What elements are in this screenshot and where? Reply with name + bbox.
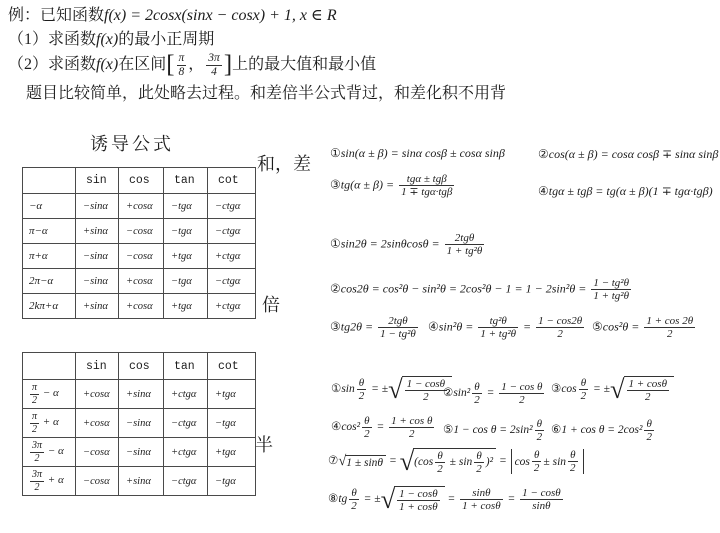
math-text: π [179, 52, 185, 64]
formula-half-4: ④cos²θ2 = 1 + cos θ2 [331, 415, 436, 440]
math-text: cos²θ = [603, 319, 643, 333]
math-text: = [386, 455, 400, 467]
math-text: ⑥ [551, 424, 561, 436]
radicand: 1 + cosθ2 [624, 376, 675, 403]
math-text: ④ [538, 184, 549, 198]
row-label: 2kπ+α [23, 294, 76, 319]
table-cell: +cosα [76, 380, 119, 409]
radical-sign: √ [610, 378, 625, 402]
math-text: +ctgα [171, 447, 196, 458]
problem-line-3: （2）求函数f(x)在区间[π8，3π4]上的最大值和最小值 [8, 52, 506, 78]
radicand: 1 − cosθ1 + cosθ [394, 486, 445, 513]
table-cell: −tgα [208, 409, 256, 438]
induction-table-2: sincostancotπ2 − α+cosα+sinα+ctgα+tgαπ2 … [22, 352, 256, 496]
math-text: 1 + tg²θ [447, 245, 483, 257]
numerator: 3π [30, 469, 44, 480]
math-text: −cosα [83, 447, 110, 458]
label-half-angle: 半 [255, 431, 273, 457]
fraction: θ2 [433, 450, 447, 475]
numerator: θ [357, 377, 367, 389]
denominator: 2 [579, 389, 589, 402]
table-cell: −tgα [164, 219, 208, 244]
math-text: cos [561, 383, 576, 395]
table-cell: +tgα [164, 244, 208, 269]
math-text: 2 [359, 390, 365, 402]
denominator: 2 [499, 393, 544, 406]
table-head: sincostancot [23, 353, 256, 380]
math-text: + α [45, 475, 64, 487]
denominator: 2 [435, 462, 445, 475]
math-text: 1 + cosθ [629, 378, 668, 390]
math-text: 2tgθ [455, 232, 474, 244]
math-text: 2 [537, 431, 543, 443]
fraction: 1 + cos 2θ2 [642, 315, 697, 340]
numerator: θ [474, 450, 484, 462]
math-text: ± sin [543, 456, 566, 468]
denominator: 4 [206, 65, 222, 79]
numerator: θ [362, 415, 372, 427]
denominator: 2 [30, 394, 39, 406]
fraction: θ2 [642, 418, 656, 443]
radical-sign: √ [388, 378, 403, 402]
math-text: 3π [32, 440, 42, 451]
table-row: −α−sinα+cosα−tgα−ctgα [23, 194, 256, 219]
numerator: π [30, 411, 39, 422]
math-text: ① [331, 383, 341, 395]
math-text: cos(α ± β) = cosα cosβ ∓ sinα sinβ [549, 147, 719, 161]
math-text: ± sin [447, 456, 472, 468]
math-text: 2 [364, 428, 370, 440]
math-text: 2 [534, 462, 540, 474]
table-cell: +sinα [76, 219, 119, 244]
table-cell: −ctgα [164, 409, 208, 438]
math-text: 2 [32, 395, 37, 406]
formula-half-8: ⑧tgθ2 = ±√1 − cosθ1 + cosθ = sinθ1 + cos… [328, 486, 565, 513]
formula-sum-3: ③tg(α ± β) = tgα ± tgβ1 ∓ tgα·tgβ [330, 173, 456, 198]
math-text: 1 + cos θ [391, 415, 432, 427]
denominator: 1 + cosθ [460, 499, 503, 512]
numerator: θ [349, 487, 359, 499]
header-row: sincostancot [23, 168, 256, 194]
fraction: 3π4 [204, 52, 224, 78]
fraction: 1 + cosθ2 [625, 378, 672, 403]
math-text: 在区间 [118, 56, 166, 73]
formula-half-1: ①sinθ2 = ±√1 − cosθ2 [331, 376, 452, 403]
math-text: 1 − tg²θ [593, 277, 629, 289]
table-cell: −ctgα [208, 219, 256, 244]
numerator: 1 − cosθ [397, 488, 440, 500]
math-text: 1 ± sinθ [346, 457, 383, 469]
formula-half-5: ⑤1 − cos θ = 2sin²θ2 [443, 418, 546, 443]
math-text: 1 − cosθ [522, 487, 561, 499]
column-header [23, 168, 76, 194]
math-text: f(x) [96, 31, 118, 48]
table-cell: +ctgα [208, 294, 256, 319]
table-cell: −sinα [119, 409, 164, 438]
math-text: 1 − cosθ [399, 488, 438, 500]
table-cell: −tgα [164, 269, 208, 294]
math-text: (cos [414, 456, 433, 468]
math-text: （1）求函数 [8, 31, 96, 48]
math-text: f(x) = 2cosx(sinx − cosx) + 1, x ∈ R [104, 7, 337, 24]
denominator: 1 + cosθ [397, 500, 440, 513]
math-text: 1 ∓ tgα·tgβ [401, 186, 452, 198]
table-row: 2kπ+α+sinα+cosα+tgα+ctgα [23, 294, 256, 319]
numerator: π [30, 382, 39, 393]
column-header: tan [164, 168, 208, 194]
math-text: −tgα [215, 476, 236, 487]
math-text: −cosα [126, 251, 153, 262]
denominator: 2 [349, 499, 359, 512]
problem-line-1: 例：已知函数f(x) = 2cosx(sinx − cosx) + 1, x ∈… [8, 5, 506, 27]
row-label: π2 − α [23, 380, 76, 409]
denominator: 2 [357, 389, 367, 402]
denominator: 8 [177, 65, 187, 79]
math-text: 2 [474, 394, 480, 406]
page: 例：已知函数f(x) = 2cosx(sinx − cosx) + 1, x ∈… [0, 0, 720, 533]
problem-note: 题目比较简单，此处略去过程。和差倍半公式背过，和差化积不用背 [8, 83, 506, 105]
formula-double-2: ②cos2θ = cos²θ − sin²θ = 2cos²θ − 1 = 1 … [330, 277, 633, 302]
row-label: π−α [23, 219, 76, 244]
denominator: 2 [30, 423, 39, 435]
table-cell: −cosα [119, 219, 164, 244]
numerator: 1 − cos2θ [536, 315, 584, 327]
numerator: 1 + cos θ [389, 415, 434, 427]
denominator: 1 + tg²θ [478, 327, 518, 340]
math-text: +tgα [215, 447, 236, 458]
math-text: sin(α ± β) = sinα cosβ ± cosα sinβ [341, 146, 505, 160]
math-text: 2 [646, 431, 652, 443]
fraction: π8 [175, 52, 189, 78]
math-text: +tgα [171, 251, 192, 262]
math-text: = [445, 493, 459, 505]
denominator: 2 [389, 427, 434, 440]
denominator: 2 [644, 430, 654, 443]
table-cell: +cosα [119, 194, 164, 219]
denominator: 1 + tg²θ [445, 244, 485, 257]
fraction: θ2 [533, 418, 547, 443]
math-text: +tgα [215, 389, 236, 400]
math-text: +tgα [171, 301, 192, 312]
numerator: 1 + cos 2θ [644, 315, 695, 327]
math-text: ⑤ [443, 424, 453, 436]
row-label: π+α [23, 244, 76, 269]
formula-sum-2: ②cos(α ± β) = cosα cosβ ∓ sinα sinβ [538, 147, 718, 162]
math-text: −ctgα [215, 276, 240, 287]
math-text: 1 − cos θ [501, 381, 542, 393]
math-text: +ctgα [171, 389, 196, 400]
math-text: +cosα [126, 301, 153, 312]
math-text: −ctgα [215, 226, 240, 237]
column-header [23, 353, 76, 380]
numerator: 1 − tg²θ [591, 277, 631, 289]
fraction: π2 [29, 382, 40, 405]
math-text: （2）求函数 [8, 56, 96, 73]
numerator: π [177, 52, 187, 65]
math-text: −tgα [171, 276, 192, 287]
denominator: 2 [532, 461, 542, 474]
denominator: 2 [30, 452, 44, 464]
induction-title: 诱导公式 [90, 130, 174, 156]
math-text: −cosα [126, 226, 153, 237]
math-text: cos [515, 456, 530, 468]
math-text: 2 [409, 428, 415, 440]
formula-half-2: ②sin²θ2 = 1 − cos θ2 [443, 381, 546, 406]
math-text: 2 [645, 391, 651, 403]
math-text: −ctgα [171, 476, 196, 487]
math-text: = ± [368, 383, 388, 395]
math-text: 2 [35, 482, 40, 493]
numerator: θ [579, 377, 589, 389]
math-text: 1 − cosθ [407, 378, 446, 390]
math-text: −tgα [171, 201, 192, 212]
math-text: π−α [29, 225, 48, 237]
denominator: 2 [30, 481, 44, 493]
math-text: tgα ± tgβ = tg(α ± β)(1 ∓ tgα·tgβ) [549, 184, 713, 198]
numerator: 1 + cosθ [627, 378, 670, 390]
problem-block: 例：已知函数f(x) = 2cosx(sinx − cosx) + 1, x ∈… [8, 5, 506, 104]
numerator: θ [535, 418, 545, 430]
math-text: −sinα [126, 447, 151, 458]
math-text: −tgα [215, 418, 236, 429]
bracket: [ [166, 51, 174, 78]
math-text: θ [570, 449, 575, 461]
table-cell: −cosα [76, 438, 119, 467]
fraction: θ2 [360, 415, 374, 440]
column-header: cot [208, 353, 256, 380]
fraction: 3π2 [29, 440, 45, 463]
math-text: 1 + cos θ = 2cos² [561, 424, 642, 436]
table-cell: −ctgα [208, 194, 256, 219]
math-text: 8 [179, 66, 185, 78]
math-text: 2 [570, 462, 576, 474]
math-text: ② [538, 147, 549, 161]
label-double-angle: 倍 [262, 291, 280, 317]
numerator: 3π [30, 440, 44, 451]
fraction: θ2 [530, 449, 544, 474]
math-text: −ctgα [215, 201, 240, 212]
math-text: θ [474, 381, 479, 393]
math-text: +sinα [83, 226, 108, 237]
table-cell: −ctgα [164, 467, 208, 496]
math-text: θ [537, 418, 542, 430]
denominator: 1 ∓ tgα·tgβ [399, 185, 454, 198]
table-body: −α−sinα+cosα−tgα−ctgαπ−α+sinα−cosα−tgα−c… [23, 194, 256, 319]
table-cell: +ctgα [164, 438, 208, 467]
math-text: ② [443, 387, 453, 399]
math-text: θ [476, 450, 481, 462]
radical-sign: √ [400, 450, 415, 474]
math-text: ④ [428, 319, 439, 333]
math-text: tg2θ = [341, 319, 376, 333]
math-text: ③ [551, 383, 561, 395]
formula-sum-1: ①sin(α ± β) = sinα cosβ ± cosα sinβ [330, 146, 505, 161]
denominator: 2 [535, 430, 545, 443]
math-text: ⑤ [592, 319, 603, 333]
table-cell: +cosα [76, 409, 119, 438]
math-text: cos² [341, 421, 360, 433]
table-cell: +ctgα [164, 380, 208, 409]
math-text: +ctgα [215, 301, 240, 312]
numerator: 1 − cosθ [520, 487, 563, 499]
math-text: −sinα [83, 251, 108, 262]
denominator: 2 [362, 427, 372, 440]
table-cell: +tgα [208, 438, 256, 467]
column-header: cos [119, 168, 164, 194]
math-text: ② [330, 281, 341, 295]
math-text: 上的最大值和最小值 [232, 56, 376, 73]
table-cell: −ctgα [208, 269, 256, 294]
denominator: 2 [472, 393, 482, 406]
math-text: ⑧ [328, 493, 338, 505]
numerator: θ [435, 450, 445, 462]
problem-line-2: （1）求函数f(x)的最小正周期 [8, 29, 506, 51]
math-text: 2tgθ [388, 315, 407, 327]
table-row: π−α+sinα−cosα−tgα−ctgα [23, 219, 256, 244]
math-text: −sinα [126, 418, 151, 429]
math-text: tg(α ± β) = [341, 177, 397, 191]
denominator: 2 [627, 390, 670, 403]
math-text: θ [364, 415, 369, 427]
math-text: 1 + tg²θ [480, 328, 516, 340]
math-text: 2 [581, 390, 587, 402]
fraction: π2 [29, 411, 40, 434]
math-text: ⑦ [328, 455, 338, 467]
math-text: 4 [211, 66, 217, 78]
math-text: −tgα [171, 226, 192, 237]
math-text: +cosα [83, 389, 110, 400]
radical: √(cosθ2 ± sinθ2)² [400, 448, 496, 475]
math-text: 1 − cos2θ [538, 315, 582, 327]
numerator: 1 − cosθ [405, 378, 448, 390]
math-text: − α [40, 388, 59, 400]
math-text: ① [330, 146, 341, 160]
numerator: θ [472, 381, 482, 393]
table-row: 2π−α−sinα+cosα−tgα−ctgα [23, 269, 256, 294]
table-cell: +ctgα [208, 244, 256, 269]
math-text: θ [581, 377, 586, 389]
radicand: 1 ± sinθ [345, 455, 386, 469]
table-cell: +tgα [164, 294, 208, 319]
math-text: −ctgα [171, 418, 196, 429]
fraction: 1 − cosθsinθ [518, 487, 565, 512]
math-text: θ [359, 377, 364, 389]
table-cell: −cosα [76, 467, 119, 496]
math-text: 2 [423, 391, 429, 403]
math-text: 2 [667, 328, 673, 340]
math-text: 3π [32, 469, 42, 480]
numerator: tg²θ [478, 315, 518, 327]
math-text: 1 − cos θ = 2sin² [453, 424, 532, 436]
fraction: 1 − cos θ2 [497, 381, 546, 406]
math-text: θ [437, 450, 442, 462]
math-text: +ctgα [215, 251, 240, 262]
math-text: sinθ [532, 500, 550, 512]
math-text: π [32, 382, 37, 393]
formula-sum-4: ④tgα ± tgβ = tg(α ± β)(1 ∓ tgα·tgβ) [538, 184, 713, 199]
fraction: θ2 [355, 377, 369, 402]
math-text: tg²θ [490, 315, 507, 327]
math-text: sin² [453, 387, 470, 399]
math-text: + α [40, 417, 59, 429]
fraction: 1 − tg²θ1 + tg²θ [589, 277, 633, 302]
row-label: 3π2 − α [23, 438, 76, 467]
table-cell: −tgα [164, 194, 208, 219]
math-text: 1 + cosθ [462, 500, 501, 512]
numerator: 3π [206, 52, 222, 65]
math-text: θ [534, 449, 539, 461]
fraction: θ2 [566, 449, 580, 474]
math-text: f(x) [96, 56, 118, 73]
denominator: 1 − tg²θ [378, 327, 418, 340]
table-cell: +sinα [119, 467, 164, 496]
math-text: θ [351, 487, 356, 499]
table-cell: +cosα [119, 269, 164, 294]
fraction: tg²θ1 + tg²θ [476, 315, 520, 340]
math-text: 1 + tg²θ [593, 290, 629, 302]
column-header: cot [208, 168, 256, 194]
column-header: sin [76, 353, 119, 380]
math-text: π+α [29, 250, 48, 262]
column-header: sin [76, 168, 119, 194]
math-text: 2 [519, 394, 525, 406]
table-cell: −sinα [76, 194, 119, 219]
formula-half-7: ⑦√1 ± sinθ = √(cosθ2 ± sinθ2)² = cosθ2 ±… [328, 448, 585, 475]
table-cell: −sinα [76, 244, 119, 269]
table-cell: −sinα [119, 438, 164, 467]
numerator: 2tgθ [445, 232, 485, 244]
row-label: −α [23, 194, 76, 219]
fraction: θ2 [470, 381, 484, 406]
math-text: 2 [476, 463, 482, 475]
math-text: 例：已知函数 [8, 7, 104, 24]
math-text: 2π−α [29, 275, 53, 287]
column-header: tan [164, 353, 208, 380]
formula-double-5: ⑤cos²θ = 1 + cos 2θ2 [592, 315, 697, 340]
table-body: π2 − α+cosα+sinα+ctgα+tgαπ2 + α+cosα−sin… [23, 380, 256, 496]
fraction: θ2 [472, 450, 486, 475]
fraction: 1 − cosθ1 + cosθ [395, 488, 442, 513]
header-row: sincostancot [23, 353, 256, 380]
math-text: +sinα [126, 389, 151, 400]
fraction: 1 + cos θ2 [387, 415, 436, 440]
denominator: 1 + tg²θ [591, 289, 631, 302]
fraction: 2tgθ1 − tg²θ [376, 315, 420, 340]
denominator: 2 [405, 390, 448, 403]
column-header: cos [119, 353, 164, 380]
table-head: sincostancot [23, 168, 256, 194]
math-text: ③ [330, 177, 341, 191]
math-text: +cosα [126, 276, 153, 287]
absolute-value: cosθ2 ± sinθ2 [511, 449, 584, 474]
table-cell: −cosα [119, 244, 164, 269]
math-text: = ± [361, 493, 381, 505]
math-text: 2 [351, 500, 357, 512]
math-text: 1 + cosθ [399, 501, 438, 513]
math-text: +sinα [83, 301, 108, 312]
math-text: ④ [331, 421, 341, 433]
formula-double-4: ④sin²θ = tg²θ1 + tg²θ = 1 − cos2θ2 [428, 315, 586, 340]
radical: √1 + cosθ2 [610, 376, 674, 403]
radical: √1 ± sinθ [338, 455, 386, 469]
numerator: tgα ± tgβ [399, 173, 454, 185]
math-text: 2 [35, 453, 40, 464]
fraction: 2tgθ1 + tg²θ [443, 232, 487, 257]
radical-sign: √ [381, 488, 396, 512]
radical: √1 − cosθ1 + cosθ [381, 486, 445, 513]
math-text: = [505, 493, 519, 505]
denominator: sinθ [520, 499, 563, 512]
